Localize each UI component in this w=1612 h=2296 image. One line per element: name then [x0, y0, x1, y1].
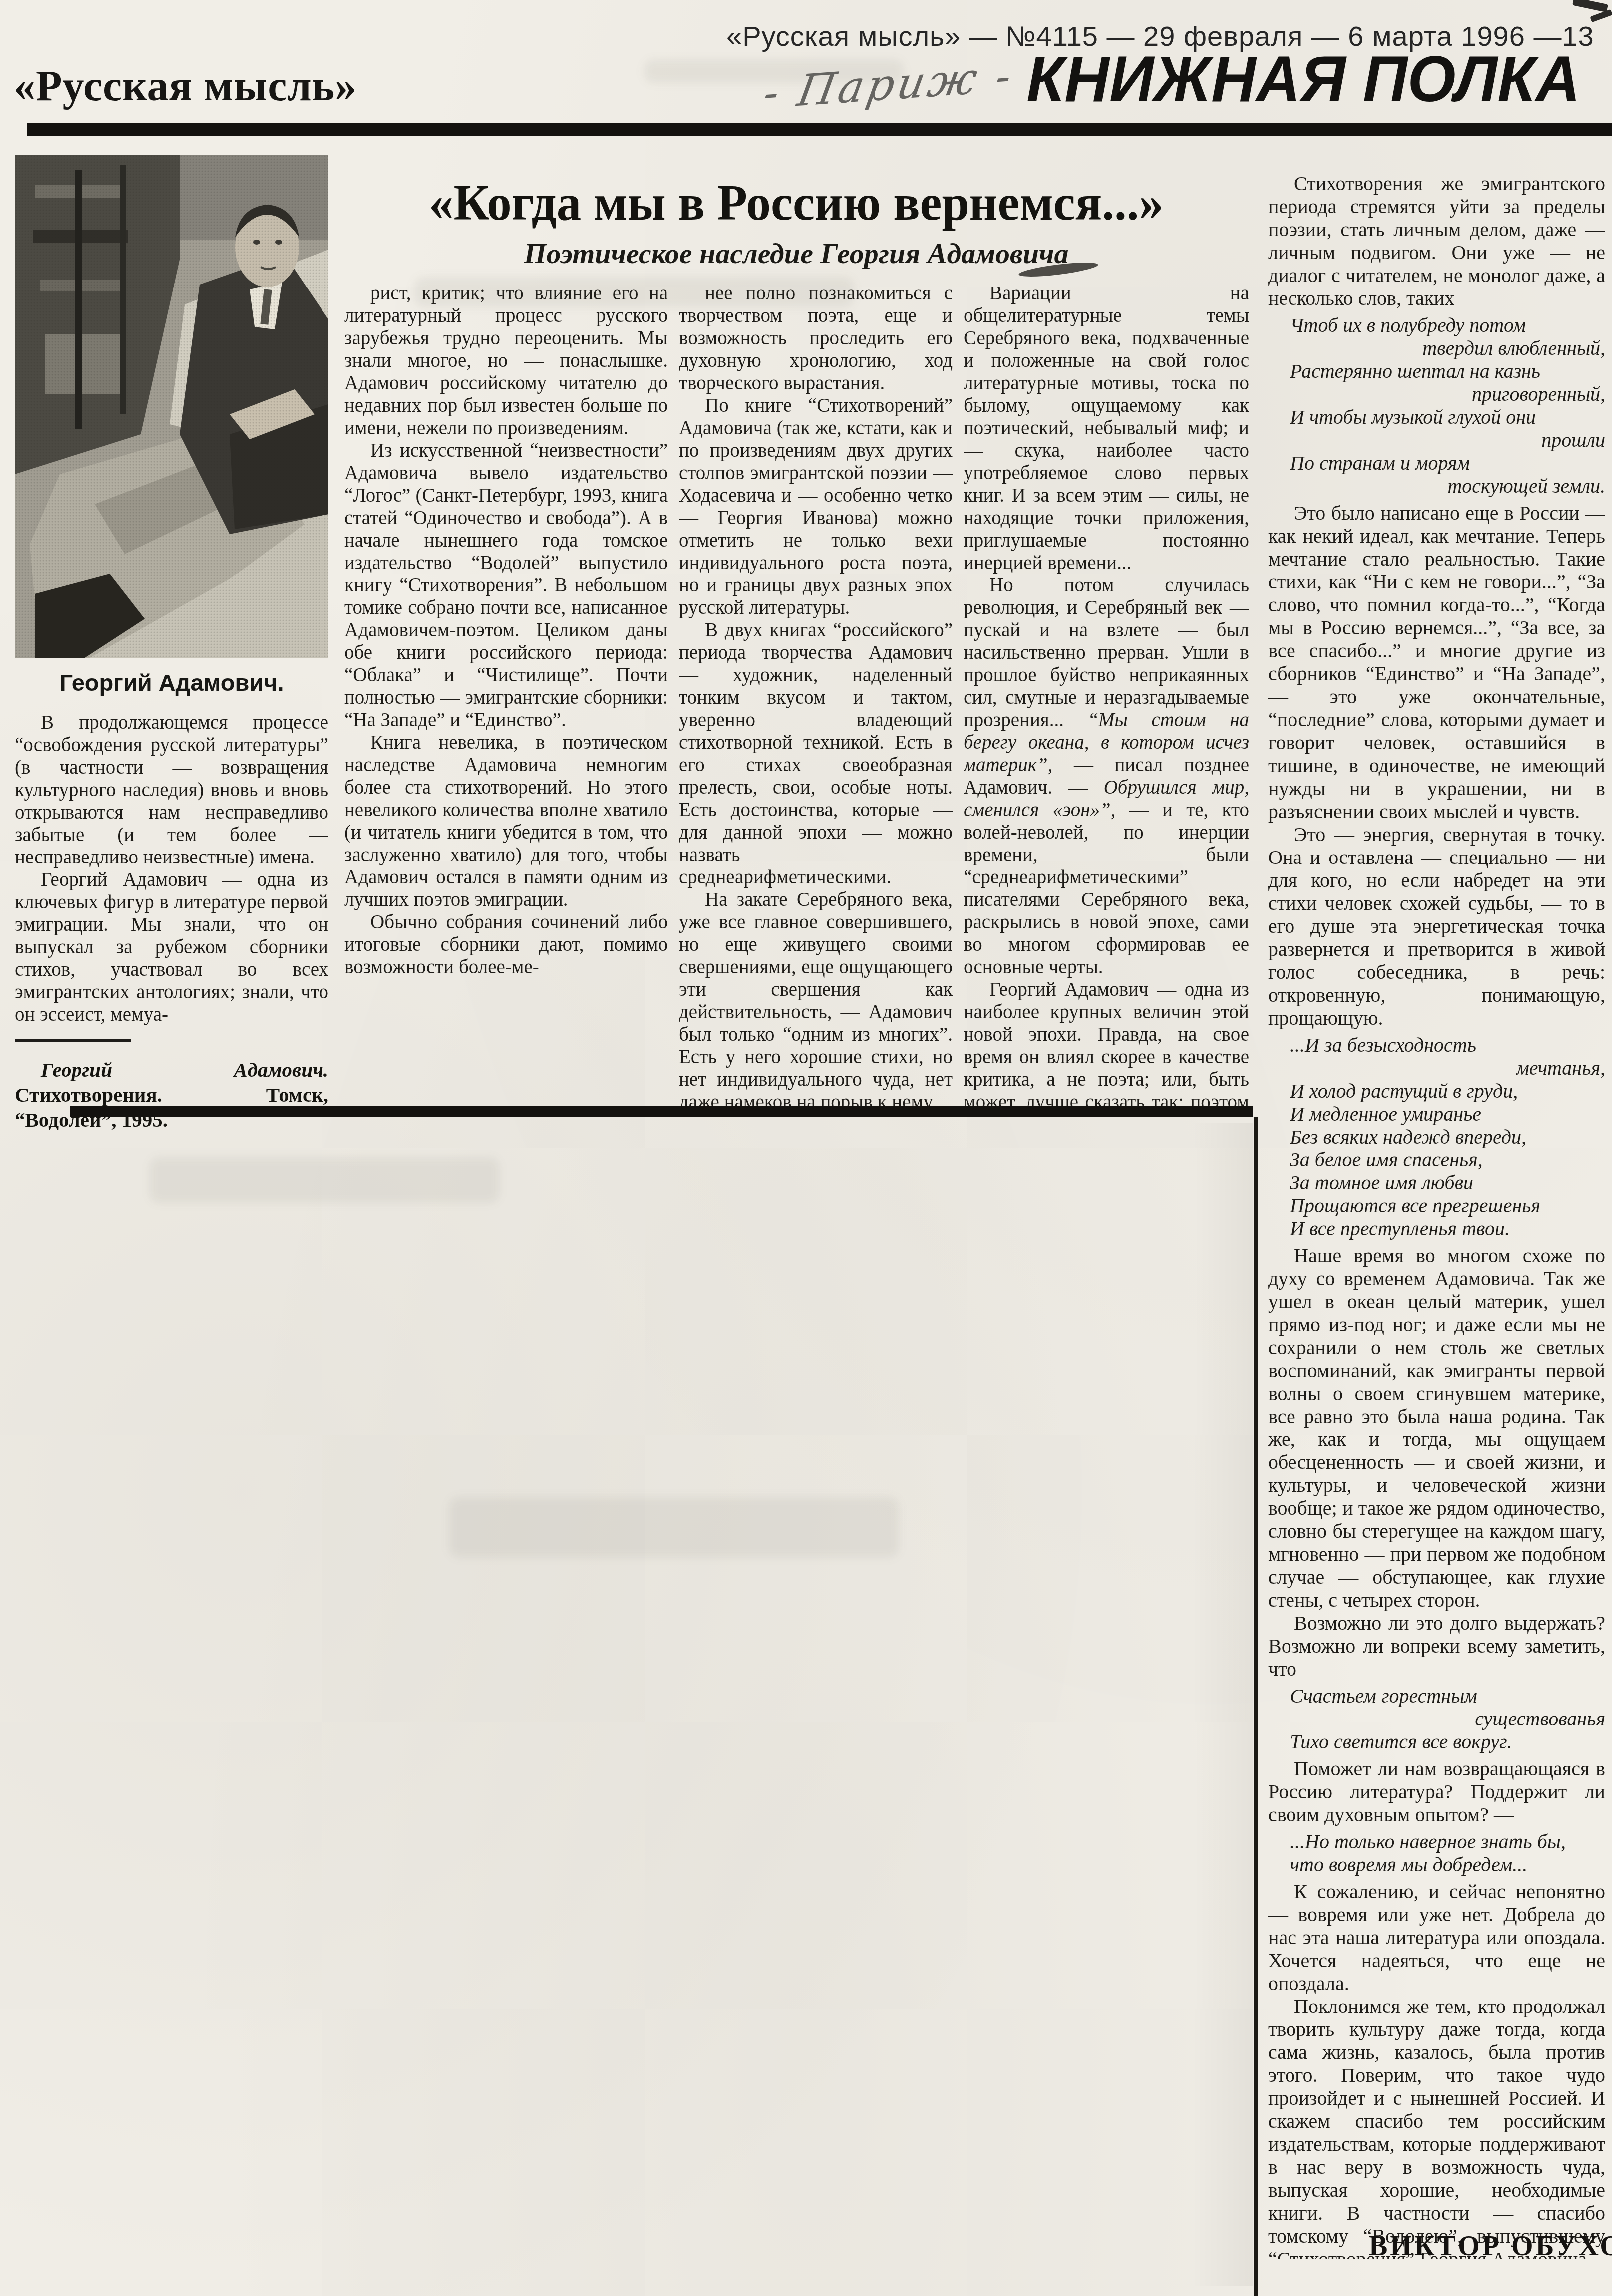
text-run: Вариации на общелитературные темы Серебр…: [964, 283, 1249, 574]
poem-line: приговоренный,: [1290, 383, 1605, 406]
poem-line: Чтоб их в полубреду потом: [1290, 314, 1605, 337]
text-run: Поможет ли нам возвращающаяся в Россию л…: [1268, 1757, 1605, 1826]
article-column-1: В продолжающемся процессе “освобождения …: [15, 711, 328, 1038]
italic-run: Георгий Адамович.: [41, 1058, 328, 1081]
poem-line: И чтобы музыкой глухой они: [1290, 406, 1605, 429]
photo-georgy-adamovich: [15, 155, 328, 658]
paragraph: Это было написано еще в России — как нек…: [1268, 502, 1605, 823]
article-bottom-rule: [70, 1106, 1253, 1117]
paragraph: Георгий Адамович — одна из ключевых фигу…: [15, 868, 328, 1026]
paragraph: Поклонимся же тем, кто продолжал творить…: [1268, 1995, 1605, 2259]
poem-line: Растерянно шептал на казнь: [1290, 360, 1605, 383]
paragraph: В двух книгах “российского” периода твор…: [679, 619, 953, 888]
text-run: Из искусственной “неизвестности” Адамови…: [344, 440, 668, 731]
author-byline: ВИКТОР ОБУХОВ: [1369, 2230, 1612, 2262]
masthead-paper-name: «Русская мысль»: [14, 61, 357, 111]
text-run: Георгий Адамович — одна из наиболее круп…: [964, 979, 1249, 1108]
poem-quote: ...И за безысходностьмечтанья,И холод ра…: [1290, 1034, 1605, 1240]
scan-ghost: [644, 60, 904, 83]
poem-line: За белое имя спасенья,: [1290, 1148, 1605, 1171]
poem-line: И медленное умиранье: [1290, 1103, 1605, 1126]
paragraph: Георгий Адамович. Стихотворения. Томск, …: [15, 1057, 328, 1132]
masthead-rule: [27, 123, 1612, 136]
text-run: Но потом случилась революция, и Серебрян…: [964, 574, 1249, 731]
poem-line: прошли: [1290, 429, 1605, 452]
text-run: По книге “Стихотворений” Адамовича (так …: [679, 395, 953, 618]
paragraph: В продолжающемся процессе “освобождения …: [15, 711, 328, 868]
paragraph: На закате Серебряного века, уже все глав…: [679, 888, 953, 1108]
poem-quote: Чтоб их в полубреду потомтвердил влюблен…: [1290, 314, 1605, 498]
poem-line: Тихо светится все вокруг.: [1290, 1730, 1605, 1753]
paragraph: Обычно собрания сочинений либо итоговые …: [344, 911, 668, 978]
paragraph: Возможно ли это долго выдержать? Возможн…: [1268, 1612, 1605, 1681]
text-run: Это — энергия, свернутая в точку. Она и …: [1268, 823, 1605, 1029]
text-run: Стихотворения же эмигрантского периода с…: [1268, 172, 1605, 309]
paragraph: По книге “Стихотворений” Адамовича (так …: [679, 394, 953, 619]
book-credit: Георгий Адамович. Стихотворения. Томск, …: [15, 1057, 328, 1132]
poem-quote: ...Но только наверное знать бы,что вовре…: [1290, 1830, 1605, 1876]
paragraph: Из искусственной “неизвестности” Адамови…: [344, 439, 668, 731]
poem-line: мечтанья,: [1290, 1057, 1605, 1080]
poem-line: что вовремя мы добредем...: [1290, 1853, 1605, 1876]
text-run: К сожалению, и сейчас непонятно — воврем…: [1268, 1880, 1605, 1995]
paragraph: Стихотворения же эмигрантского периода с…: [1268, 172, 1605, 310]
text-run: Возможно ли это долго выдержать? Возможн…: [1268, 1612, 1605, 1680]
poem-line: ...Но только наверное знать бы,: [1290, 1830, 1605, 1853]
article-subtitle: Поэтическое наследие Георгия Адамовича: [339, 237, 1253, 270]
newspaper-page: «Русская мысль» — №4115 — 29 февраля — 6…: [0, 0, 1612, 2296]
column-vertical-rule: [1254, 1117, 1258, 2296]
scan-mark: [1572, 0, 1608, 12]
scan-shadow: [1193, 1123, 1253, 2286]
portrait-photo-illustration: [15, 155, 328, 658]
text-run: В продолжающемся процессе “освобождения …: [15, 712, 328, 868]
credit-divider-rule: [15, 1039, 131, 1042]
section-title-knizhnaya-polka: КНИЖНАЯ ПОЛКА: [988, 42, 1580, 116]
photo-caption: Георгий Адамович.: [15, 669, 328, 696]
poem-line: И холод растущий в груди,: [1290, 1080, 1605, 1103]
text-run: Обычно собрания сочинений либо итоговые …: [344, 911, 668, 978]
poem-line: По странам и морям: [1290, 452, 1605, 475]
paragraph: Поможет ли нам возвращающаяся в Россию л…: [1268, 1757, 1605, 1826]
scan-ghost: [150, 1158, 499, 1203]
text-run: — и те, кто волей-неволей, по инерции вр…: [964, 799, 1249, 978]
scan-ghost: [449, 1497, 899, 1557]
poem-line: Без всяких надежд впереди,: [1290, 1126, 1605, 1148]
text-run: Поклонимся же тем, кто продолжал творить…: [1268, 1995, 1605, 2259]
poem-quote: Счастьем горестнымсуществованьяТихо свет…: [1290, 1685, 1605, 1753]
article-column-4: Вариации на общелитературные темы Серебр…: [964, 282, 1249, 1108]
paragraph: Вариации на общелитературные темы Серебр…: [964, 282, 1249, 574]
paragraph: Георгий Адамович — одна из наиболее круп…: [964, 978, 1249, 1108]
paragraph: К сожалению, и сейчас непонятно — воврем…: [1268, 1880, 1605, 1995]
text-run: Книга невелика, в поэтическом наследстве…: [344, 732, 668, 910]
article-column-3: нее полно познакомиться с творчеством по…: [679, 282, 953, 1108]
text-run: Георгий Адамович — одна из ключевых фигу…: [15, 869, 328, 1025]
poem-line: существованья: [1290, 1708, 1605, 1730]
article-title: «Когда мы в Россию вернемся...»: [353, 174, 1239, 232]
poem-line: За томное имя любви: [1290, 1171, 1605, 1194]
paragraph: Книга невелика, в поэтическом наследстве…: [344, 731, 668, 911]
poem-line: И все преступленья твои.: [1290, 1217, 1605, 1240]
article-column-2: рист, критик; что влияние его на литерат…: [344, 282, 668, 1108]
text-run: Наше время во многом схоже по духу со вр…: [1268, 1244, 1605, 1611]
paragraph: Но потом случилась революция, и Серебрян…: [964, 574, 1249, 978]
text-run: На закате Серебряного века, уже все глав…: [679, 889, 953, 1108]
text-run: Это было написано еще в России — как нек…: [1268, 502, 1605, 823]
article-column-5: Стихотворения же эмигрантского периода с…: [1268, 172, 1605, 2259]
scan-ghost: [414, 277, 854, 307]
poem-line: ...И за безысходность: [1290, 1034, 1605, 1057]
poem-line: Прощаются все прегрешенья: [1290, 1194, 1605, 1217]
paragraph: Наше время во многом схоже по духу со вр…: [1268, 1244, 1605, 1612]
poem-line: твердил влюбленный,: [1290, 337, 1605, 360]
poem-line: Счастьем горестным: [1290, 1685, 1605, 1708]
text-run: В двух книгах “российского” периода твор…: [679, 619, 953, 888]
paragraph: Это — энергия, свернутая в точку. Она и …: [1268, 823, 1605, 1030]
poem-line: тоскующей земли.: [1290, 475, 1605, 498]
